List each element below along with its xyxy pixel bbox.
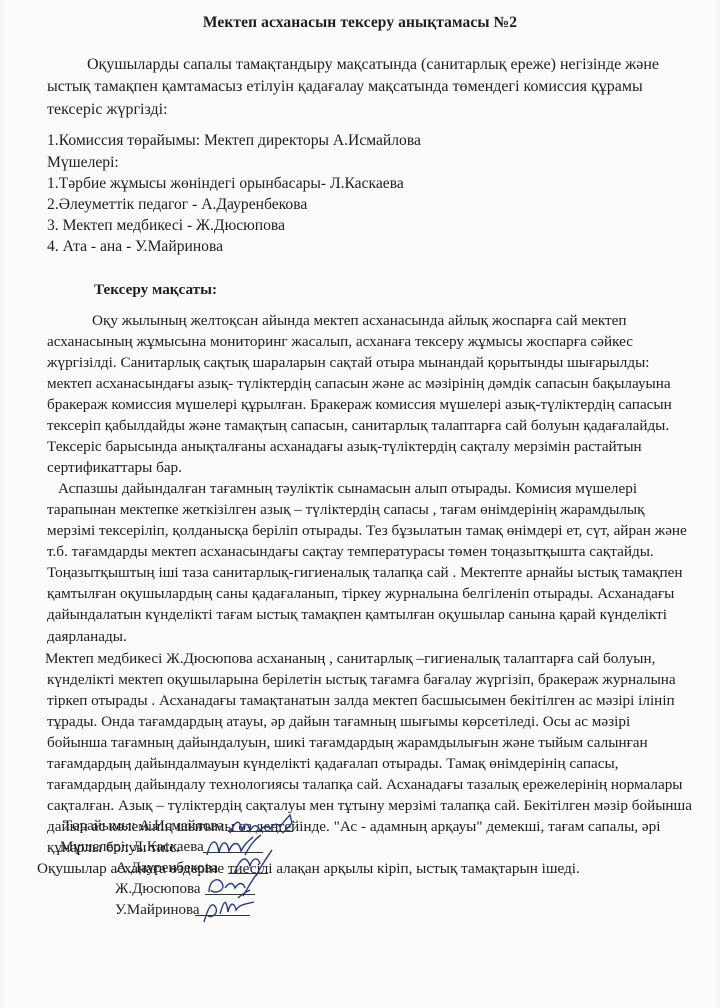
body-line: Аспазшы дайындалған тағамның тәуліктік с… xyxy=(58,479,637,499)
body-line: мерзімі тексеріліп, қолданысқа беріліп о… xyxy=(47,521,687,541)
body-line: Мектеп медбикесі Ж.Дюсюпова асхананың , … xyxy=(45,649,655,669)
body-line: бойынша тағамның дайындалуын, шикі тағам… xyxy=(47,733,648,753)
signature-chair-label: Төрайымы: А.Исмайлова xyxy=(63,816,224,836)
document-title: Мектеп асханасын тексеру анықтамасы №2 xyxy=(0,14,720,32)
body-line: күнделікті мектеп оқушыларына берілетін … xyxy=(47,670,676,690)
member-item: 4. Ата - ана - У.Майринова xyxy=(47,237,223,257)
body-line: сақталған. Азық – түліктердің сақталуы м… xyxy=(47,796,692,816)
body-line: бракераж комиссия мүшелері құрылған. Бра… xyxy=(47,395,672,415)
member-item: 2.Әлеуметтік педагог - А.Дауренбекова xyxy=(47,195,307,215)
body-line: дайындалатын күнделікті тағам ыстық тама… xyxy=(47,605,667,625)
signature-member-label: Ж.Дюсюпова xyxy=(115,879,201,899)
intro-line: тексеріс жүргізді: xyxy=(47,100,168,120)
body-line: тарапынан мектепке жеткізілген азық – тү… xyxy=(47,500,645,520)
body-line: жүргізілді. Санитарлық сақтық шараларын … xyxy=(47,353,650,373)
signature-member-label: У.Майринова xyxy=(115,900,200,920)
body-line: тіркеп отырады . Асханадағы тамақтанатын… xyxy=(47,691,675,711)
scanned-document-page: Мектеп асханасын тексеру анықтамасы №2 О… xyxy=(0,0,720,1008)
body-line: т.б. тағамдарды мектеп асханасындағы сақ… xyxy=(47,542,654,562)
body-line: сертификаттары бар. xyxy=(47,458,182,478)
body-line: Тоңазытқыштың іші таза санитарлық-гигиен… xyxy=(47,563,682,583)
section-heading: Тексеру мақсаты: xyxy=(94,281,217,299)
signature-member-label: А.Дауренбекова xyxy=(116,858,218,878)
intro-line: ыстық тамақпен қамтамасыз етілуін қадаға… xyxy=(47,77,643,97)
body-line: тағамдардың дайындалу технологиясы талап… xyxy=(47,775,683,795)
body-line: Тексеріс барысында анықталғаны асханадағ… xyxy=(47,437,642,457)
signature-mayrinova xyxy=(198,888,258,926)
body-line: тексеріп қабылдайды және тамақтың сапасы… xyxy=(47,416,669,436)
body-line: мектеп асханасындағы азық- түліктердің с… xyxy=(47,374,671,394)
body-line: қамтылған оқушылардың саны қадағаланып, … xyxy=(47,584,674,604)
body-line: Оқу жылының желтоқсан айында мектеп асха… xyxy=(92,311,627,331)
intro-line: Оқушыларды сапалы тамақтандыру мақсатынд… xyxy=(87,55,659,75)
members-label: Мүшелері: xyxy=(47,153,119,173)
member-item: 3. Мектеп медбикесі - Ж.Дюсюпова xyxy=(47,216,285,236)
body-line: даярланады. xyxy=(47,627,127,647)
signature-member-label: Мүшелері: Л.Каскаева xyxy=(60,837,204,857)
body-line: асханасының жұмысына мониторинг жасалып,… xyxy=(47,332,633,352)
body-line: тағамдардың дайындалмауын күнделікті қад… xyxy=(47,754,618,774)
member-item: 1.Тәрбие жұмысы жөніндегі орынбасары- Л.… xyxy=(47,174,404,194)
body-line: тұрады. Онда тағамдардың атауы, әр дайын… xyxy=(47,712,630,732)
commission-chair: 1.Комиссия төрайымы: Мектеп директоры А.… xyxy=(47,131,421,151)
